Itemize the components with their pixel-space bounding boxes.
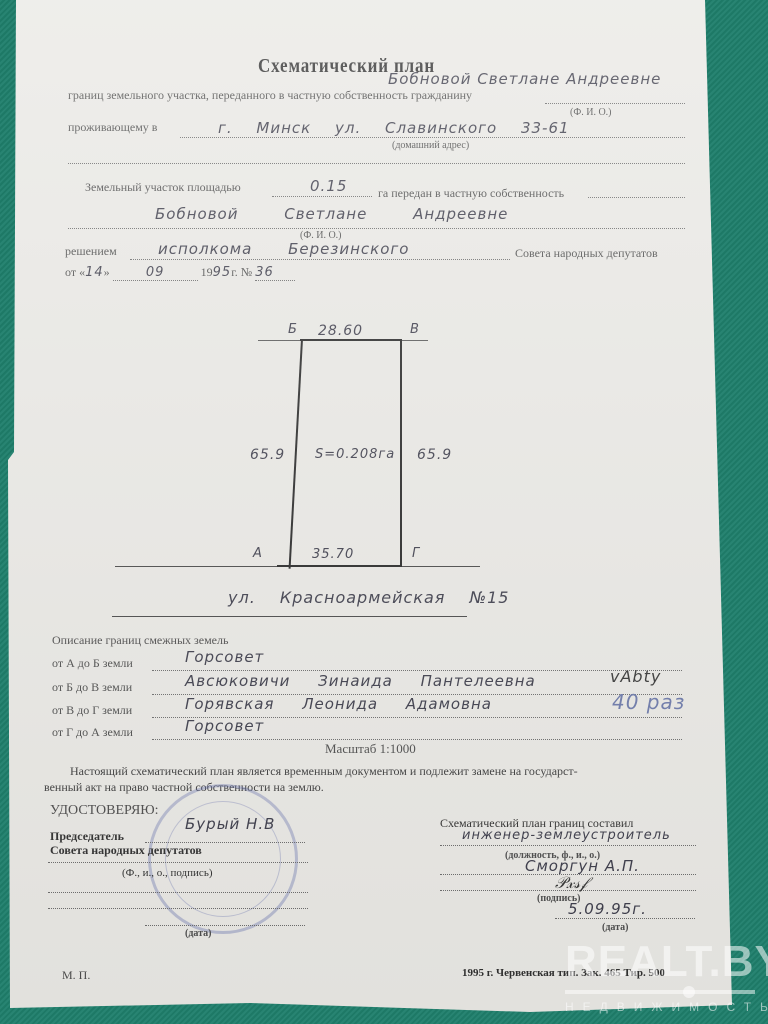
dotted-line xyxy=(545,103,685,104)
residence-label: проживающему в xyxy=(68,120,157,135)
top-boundary xyxy=(300,339,400,341)
dotted-line xyxy=(555,918,695,919)
dotted-line xyxy=(152,670,682,671)
dotted-line xyxy=(152,694,682,695)
bottom-length: 35.70 xyxy=(312,547,354,562)
street-label: ул. Красноармейская №15 xyxy=(228,588,509,607)
home-address-caption: (домашний адрес) xyxy=(392,140,469,151)
date-day: 14 xyxy=(85,265,104,280)
boundaries-heading: Описание границ смежных земель xyxy=(52,633,228,648)
right-boundary xyxy=(400,339,402,567)
fio-sign-caption: (Ф., и., о., подпись) xyxy=(122,867,213,879)
boundary-value-bv: Авсюковичи Зинаида Пантелеевна xyxy=(185,672,536,690)
scale: Масштаб 1:1000 xyxy=(325,741,416,757)
boundary-label-bv: от Б до В земли xyxy=(52,680,132,695)
corner-v-label: В xyxy=(410,322,420,337)
compiler-position: инженер-землеустроитель xyxy=(462,828,671,843)
margin-note-2: 40 раз xyxy=(612,690,685,714)
dotted-line xyxy=(272,196,372,197)
chairman-label: Председатель xyxy=(50,829,124,844)
date-caption-left: (дата) xyxy=(185,928,212,939)
date-year-suffix: г. № xyxy=(231,265,252,279)
decision-value: исполкома Березинского xyxy=(158,240,409,258)
date-sep: » xyxy=(104,265,110,279)
corner-g-label: Г xyxy=(412,546,420,561)
boundary-label-vg: от В до Г земли xyxy=(52,703,132,718)
boundary-value-ab: Горсовет xyxy=(185,648,264,666)
dotted-line xyxy=(48,908,308,909)
boundary-label-ga: от Г до А земли xyxy=(52,725,133,740)
dotted-line xyxy=(130,259,510,260)
top-boundary-extension xyxy=(258,340,428,341)
certify-heading: УДОСТОВЕРЯЮ: xyxy=(50,803,159,819)
watermark-bar xyxy=(565,990,755,994)
area-label: Земельный участок площадью xyxy=(85,180,241,195)
dotted-line xyxy=(152,717,682,718)
right-length: 65.9 xyxy=(417,447,452,463)
corner-a-label: А xyxy=(253,546,263,561)
boundary-value-vg: Горявская Леонида Адамовна xyxy=(185,695,492,713)
top-length: 28.60 xyxy=(318,323,363,339)
dotted-line xyxy=(440,890,696,891)
watermark-subtitle: НЕДВИЖИМОСТЬ xyxy=(565,1000,755,1014)
owner-name-genitive: Бобновой Светлане Андреевне xyxy=(155,205,508,223)
parcel-transfer-label: границ земельного участка, переданного в… xyxy=(68,88,472,103)
fio-caption: (Ф. И. О.) xyxy=(570,107,612,118)
boundary-label-ab: от А до Б земли xyxy=(52,656,133,671)
realt-watermark: REALT.BY НЕДВИЖИМОСТЬ xyxy=(565,940,755,1014)
dotted-line xyxy=(440,874,696,875)
dotted-line xyxy=(68,163,685,164)
dotted-line xyxy=(440,845,696,846)
date-year-prefix: 19 xyxy=(201,265,213,279)
date-year: 95 xyxy=(213,265,232,280)
fio-caption-2: (Ф. И. О.) xyxy=(300,230,342,241)
dotted-line xyxy=(48,862,308,863)
compiler-name: Сморгун А.П. xyxy=(525,857,640,875)
notice-line-2: венный акт на право частной собственност… xyxy=(44,780,324,795)
boundary-value-ga: Горсовет xyxy=(185,717,264,735)
date-prefix: от « xyxy=(65,265,85,279)
dotted-line xyxy=(180,137,685,138)
owner-name-dative: Бобновой Светлане Андреевне xyxy=(388,70,661,88)
date-row: от «14» 09 1995г. № 36 xyxy=(65,265,295,281)
left-boundary xyxy=(289,339,303,569)
dotted-line xyxy=(145,842,305,843)
notice-line-1: Настоящий схематический план является вр… xyxy=(70,764,578,779)
dotted-line xyxy=(145,925,305,926)
street-line xyxy=(115,566,480,567)
street-line-lower xyxy=(112,616,467,617)
document-paper: Схематический план границ земельного уча… xyxy=(0,0,768,1024)
area-suffix: га передан в частную собственность xyxy=(378,186,564,201)
dotted-line xyxy=(588,197,685,198)
document-title: Схематический план xyxy=(258,55,435,78)
compiler-heading: Схематический план границ составил xyxy=(440,816,633,831)
decision-label: решением xyxy=(65,244,117,259)
area-label: S=0.208га xyxy=(315,447,395,462)
council-label: Совета народных депутатов xyxy=(50,843,202,858)
official-stamp xyxy=(148,784,298,934)
residence-value: г. Минск ул. Славинского 33-61 xyxy=(218,119,570,137)
dotted-line xyxy=(152,739,682,740)
decision-number: 36 xyxy=(255,265,295,281)
position-caption: (должность, ф., и., о.) xyxy=(505,850,600,861)
left-length: 65.9 xyxy=(250,447,285,463)
date-month: 09 xyxy=(113,265,198,281)
mp-label: М. П. xyxy=(62,968,90,983)
dotted-line xyxy=(68,228,685,229)
margin-note-1: vAbty xyxy=(610,667,661,686)
compiler-signature: 𝒫𝓍𝓈𝒻 xyxy=(555,873,587,893)
bottom-boundary xyxy=(277,565,402,567)
dotted-line xyxy=(48,892,308,893)
signature-caption: (подпись) xyxy=(537,893,580,904)
date-caption-right: (дата) xyxy=(602,922,629,933)
area-value: 0.15 xyxy=(310,177,347,195)
corner-b-label: Б xyxy=(288,322,298,337)
chairman-value: Бурый Н.В xyxy=(185,815,275,833)
decision-suffix: Совета народных депутатов xyxy=(515,246,658,261)
compiler-date: 5.09.95г. xyxy=(568,900,647,918)
watermark-logo: REALT.BY xyxy=(565,940,755,984)
